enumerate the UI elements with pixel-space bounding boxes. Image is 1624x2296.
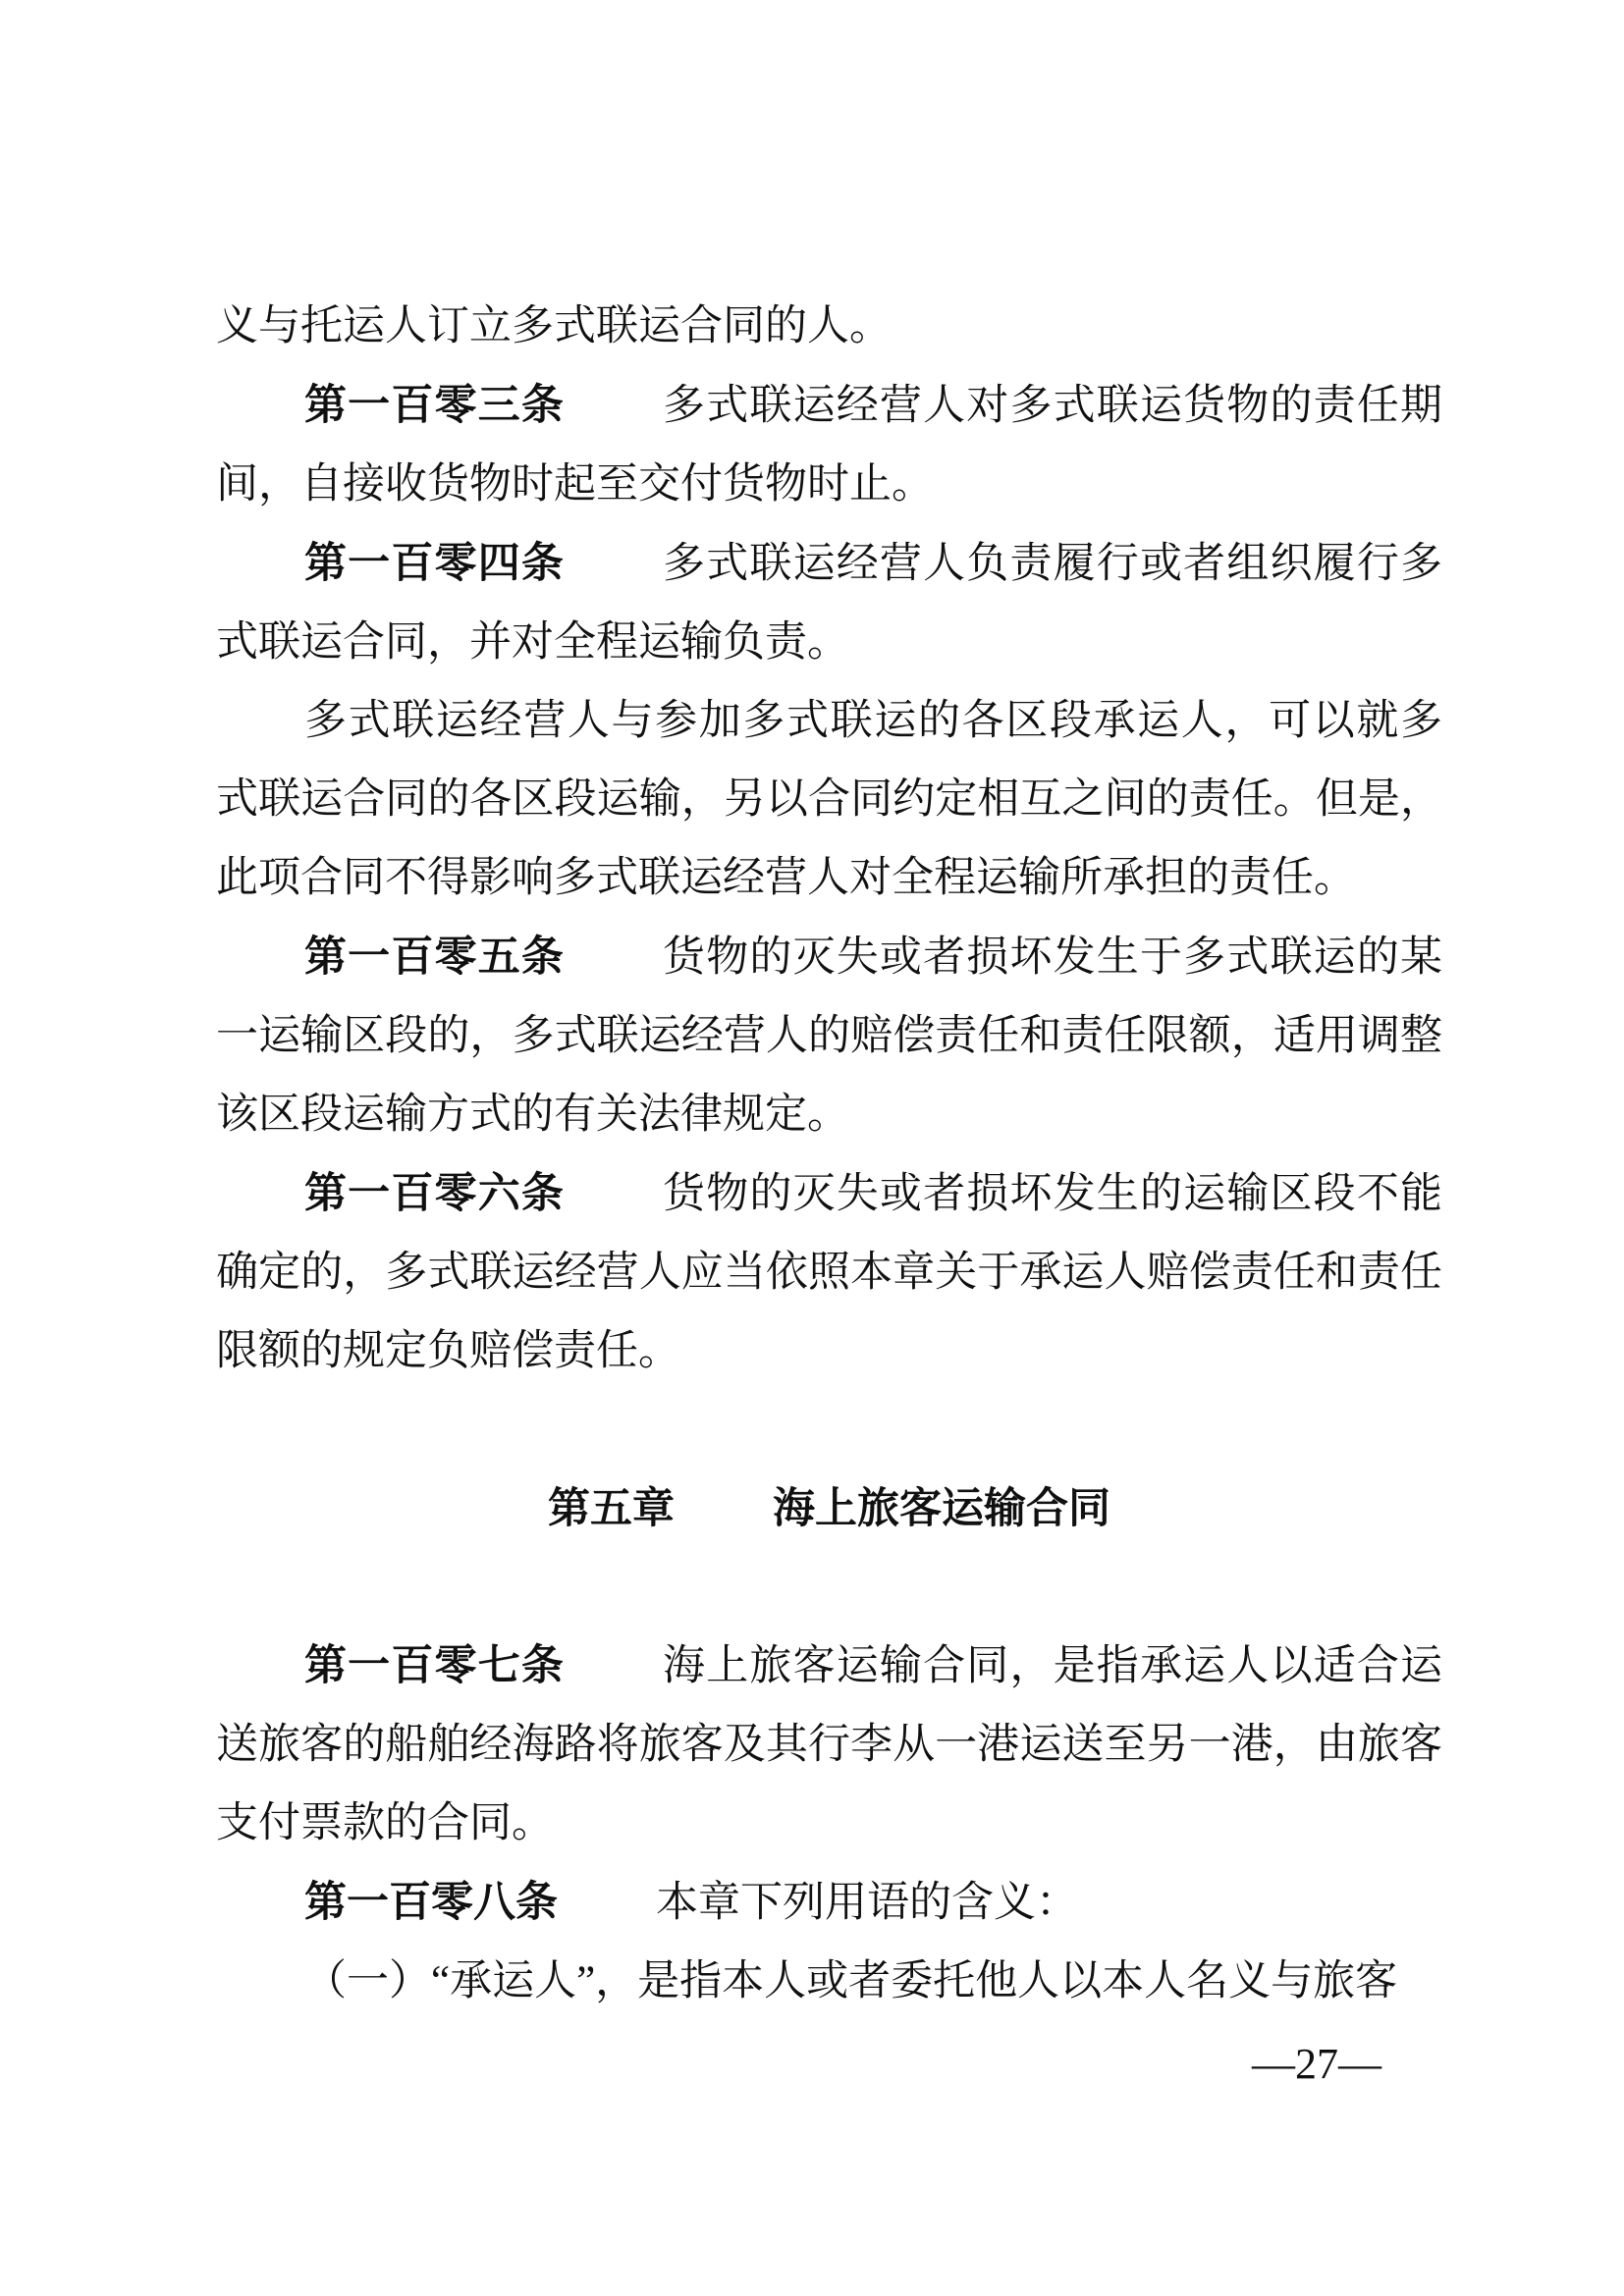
body-paragraph: 多式联运经营人与参加多式联运的各区段承运人，可以就多式联运合同的各区段运输，另以… <box>216 682 1442 918</box>
paragraph-text: （一）“承运人”，是指本人或者委托他人以本人名义与旅客 <box>304 1958 1397 2004</box>
article-103-paragraph: 第一百零三条多式联运经营人对多式联运货物的责任期间，自接收货物时起至交付货物时止… <box>216 366 1442 524</box>
list-item-1-paragraph: （一）“承运人”，是指本人或者委托他人以本人名义与旅客 <box>216 1943 1442 2021</box>
chapter-number: 第五章 <box>548 1485 675 1532</box>
article-number: 第一百零四条 <box>304 540 565 587</box>
article-text: 本章下列用语的含义： <box>656 1880 1078 1926</box>
article-number: 第一百零三条 <box>304 382 565 429</box>
article-number: 第一百零八条 <box>304 1879 558 1926</box>
article-number: 第一百零七条 <box>304 1642 565 1689</box>
chapter-title: 海上旅客运输合同 <box>773 1485 1110 1532</box>
chapter-heading: 第五章海上旅客运输合同 <box>216 1469 1442 1548</box>
article-number: 第一百零六条 <box>304 1170 565 1217</box>
paragraph-continuation: 义与托运人订立多式联运合同的人。 <box>216 288 1442 366</box>
article-105-paragraph: 第一百零五条货物的灭失或者损坏发生于多式联运的某一运输区段的，多式联运经营人的赔… <box>216 918 1442 1154</box>
article-107-paragraph: 第一百零七条海上旅客运输合同，是指承运人以适合运送旅客的船舶经海路将旅客及其行李… <box>216 1627 1442 1863</box>
article-108-paragraph: 第一百零八条本章下列用语的含义： <box>216 1863 1442 1943</box>
article-106-paragraph: 第一百零六条货物的灭失或者损坏发生的运输区段不能确定的，多式联运经营人应当依照本… <box>216 1154 1442 1391</box>
page-number: —27— <box>1252 2040 1381 2089</box>
page-body-text: 义与托运人订立多式联运合同的人。 第一百零三条多式联运经营人对多式联运货物的责任… <box>216 288 1442 2021</box>
article-104-paragraph: 第一百零四条多式联运经营人负责履行或者组织履行多式联运合同，并对全程运输负责。 <box>216 524 1442 682</box>
document-page: 义与托运人订立多式联运合同的人。 第一百零三条多式联运经营人对多式联运货物的责任… <box>0 0 1624 2296</box>
article-number: 第一百零五条 <box>304 934 565 981</box>
paragraph-text: 义与托运人订立多式联运合同的人。 <box>216 303 892 349</box>
paragraph-text: 多式联运经营人与参加多式联运的各区段承运人，可以就多式联运合同的各区段运输，另以… <box>216 698 1442 901</box>
